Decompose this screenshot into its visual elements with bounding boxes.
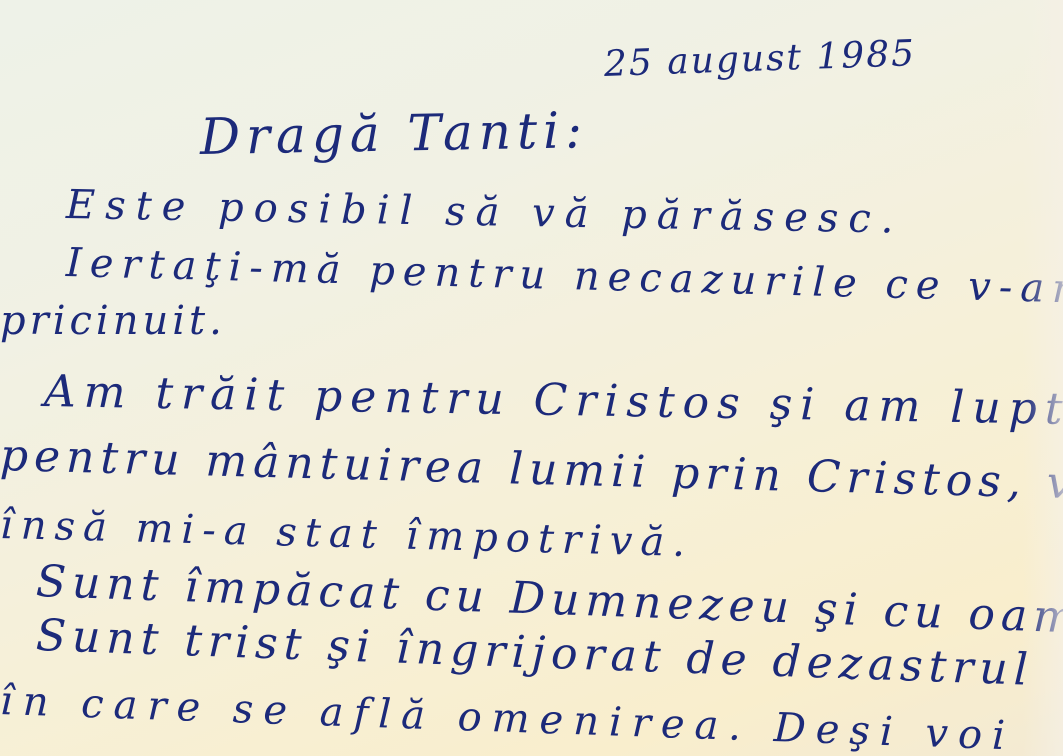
letter-line: Este posibil să vă părăsesc. xyxy=(66,182,904,243)
letter-salutation: Dragă Tanti: xyxy=(199,101,588,166)
letter-line: pricinuit. xyxy=(0,298,226,344)
letter-line: Am trăit pentru Cristos şi am luptat xyxy=(44,366,1063,436)
handwritten-letter-page: 25 august 1985 Dragă Tanti: Este posibil… xyxy=(0,0,1063,756)
letter-line: pentru mântuirea lumii prin Cristos, vea… xyxy=(0,430,1063,513)
letter-date: 25 august 1985 xyxy=(603,33,916,85)
letter-line: însă mi-a stat împotrivă. xyxy=(0,502,694,566)
